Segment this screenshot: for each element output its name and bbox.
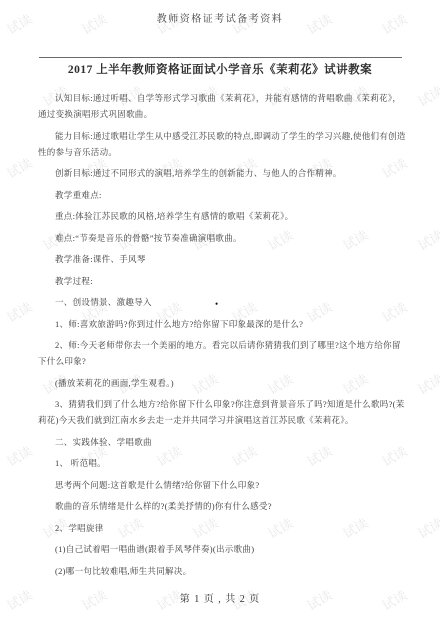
paragraph: 重点:体验江苏民歌的风格,培养学生有感情的歌唱《茉莉花》。 xyxy=(38,208,406,224)
paragraph: (2)哪一句比较难唱,师生共同解决。 xyxy=(38,563,406,579)
paragraph: (播放茉莉花的画面,学生观看。) xyxy=(38,375,406,391)
page-header: 教师资格证考试备考资料 xyxy=(0,0,440,25)
paragraph: 思考两个问题:这首歌是什么情绪?给你留下什么印象? xyxy=(38,477,406,493)
paragraph: 2、师:今天老师带你去一个美丽的地方。看完以后请你猜猜我们到了哪里?这个地方给你… xyxy=(38,337,406,369)
paragraph: 3、猜猜我们到了什么地方?给你留下什么印象?你注意到背景音乐了吗?知道是什么歌吗… xyxy=(38,396,406,428)
paragraph: 二、实践体验、学唱歌曲 xyxy=(38,434,406,450)
watermark-text: 试读 xyxy=(414,81,440,110)
watermark-text: 试读 xyxy=(3,297,35,326)
document-title: 2017 上半年教师资格证面试小学音乐《茉莉花》试讲教案 xyxy=(0,61,440,77)
paragraph: 2、学唱旋律 xyxy=(38,520,406,536)
paragraph: 教学准备:课件、手风琴 xyxy=(38,251,406,267)
paragraph: (1)自己试着唱一唱曲谱(跟着手风琴伴奏)(出示歌曲) xyxy=(38,541,406,557)
paragraph: 教学重难点: xyxy=(38,187,406,203)
watermark-text: 试读 xyxy=(414,513,440,542)
page-footer: 第 1 页 , 共 2 页 xyxy=(0,590,440,605)
document-page: 试读试读试读试读试读试读试读试读试读试读试读试读试读试读试读试读试读试读试读试读… xyxy=(0,0,440,620)
paragraph: 1、师:喜欢旅游吗?你到过什么地方?给你留下印象最深的是什么? xyxy=(38,316,406,332)
bullet-marker: • xyxy=(215,299,218,309)
paragraph: 难点:“节奏是音乐的骨骼”按节奏准确演唱歌曲。 xyxy=(38,230,406,246)
paragraph: 创新目标:通过不同形式的演唱,培养学生的创新能力、与他人的合作精神。 xyxy=(38,165,406,181)
paragraph: 一、创设情景、激趣导入 xyxy=(38,294,406,310)
paragraph: 认知目标:通过听唱、自学等形式学习歌曲《茉莉花》，并能有感情的背唱歌曲《茉莉花》… xyxy=(38,90,406,122)
paragraph: 能力目标:通过歌唱让学生从中感受江苏民歌的特点,即调动了学生的学习兴趣,使他们有… xyxy=(38,128,406,160)
paragraph: 教学过程: xyxy=(38,273,406,289)
watermark-text: 试读 xyxy=(414,225,440,254)
header-divider xyxy=(39,57,402,58)
paragraph: 1、 听范唱。 xyxy=(38,455,406,471)
document-body: 认知目标:通过听唱、自学等形式学习歌曲《茉莉花》，并能有感情的背唱歌曲《茉莉花》… xyxy=(38,90,406,579)
paragraph: 歌曲的音乐情绪是什么样的?(柔美抒情的)你有什么感受? xyxy=(38,498,406,514)
watermark-text: 试读 xyxy=(414,369,440,398)
watermark-text: 试读 xyxy=(3,441,35,470)
watermark-text: 试读 xyxy=(3,153,35,182)
